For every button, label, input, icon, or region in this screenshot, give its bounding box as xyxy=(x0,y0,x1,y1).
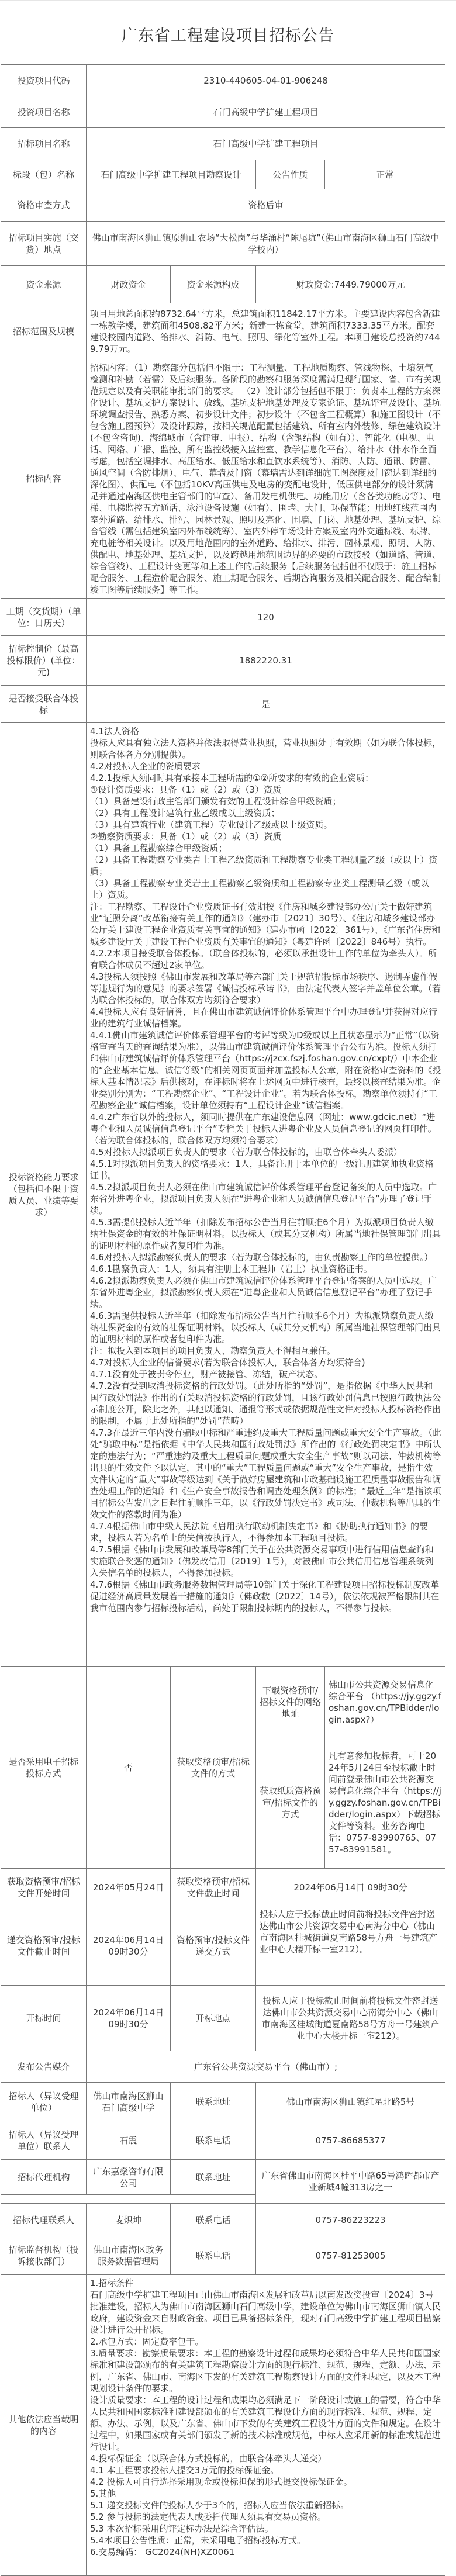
requirement-line: 4.7.6根据《佛山市政务服务数据管理局等10部门关于深化工程建设项目招标投标制… xyxy=(90,1579,441,1614)
other-line: 2.承包方式：固定费率包干。 xyxy=(90,2336,441,2347)
scope-value: 项目用地总面积约8732.64平方米，总建筑面积11842.17平方米。主要建设… xyxy=(87,303,445,359)
requirement-line: 4.4投标人应有良好信誉，且在佛山市建筑诚信评价体系管理平台中办理登记并获得对应… xyxy=(90,1006,441,1029)
requirement-line: （1）具备工程勘察综合甲级资质； xyxy=(90,842,441,854)
funding-composition-value: 财政资金:7449.79000万元 xyxy=(256,266,445,303)
agency-contact-value: 麦炽坤 xyxy=(87,2204,171,2236)
row-tenderer: 招标人（异议受理单位） 佛山市南海区狮山石门高级中学 联系地址 佛山市南海区狮山… xyxy=(1,2083,445,2121)
agency-contact-label: 招标代理联系人 xyxy=(1,2204,87,2236)
submission-deadline-label: 递交资格预审/投标文件截止时间 xyxy=(1,1906,87,1986)
row-electronic: 是否采用电子招标投标方式 否 获取资格预审/招标文件的方式 下载资格预审/招标文… xyxy=(1,1667,445,1737)
requirement-line: 投标人应具有独立法人资格并依法取得营业执照，营业执照处于有效期（如为联合体投标，… xyxy=(90,737,441,760)
tenderer-label: 招标人（异议受理单位） xyxy=(1,2083,87,2121)
doc-end-value: 2024年06月14日 09时30分 xyxy=(256,1869,445,1906)
row-content: 招标内容 招标内容：（1）勘察部分包括但不限于：工程测量、工程地质勘察、管线物探… xyxy=(1,359,445,599)
requirement-line: ②勘察资质要求：具备（1）或（2）或（3）资质 xyxy=(90,831,441,842)
requirement-line: 4.6.3需提供投标人近半年（扣除发布招标公告当月往前顺推6个月）为拟派勘察负责… xyxy=(90,1310,441,1345)
requirements-label: 投标资格能力要求（包括但不限于资质人员、业绩等要求） xyxy=(1,723,87,1667)
tenderer-contact-value: 石震 xyxy=(87,2121,171,2160)
row-funding: 资金来源 财政资金 资金来源构成 财政资金:7449.79000万元 xyxy=(1,266,445,303)
electronic-label: 是否采用电子招标投标方式 xyxy=(1,1667,87,1869)
other-line: 4.投标保证金（以联合体方式投标的，由联合体牵头人递交） xyxy=(90,2453,441,2464)
row-consortium: 是否接受联合体投标 是 xyxy=(1,686,445,723)
requirement-line: 4.2.2本项目接受联合体投标。（联合体投标的，必须以承担设计工作的单位为牵头人… xyxy=(90,948,441,971)
requirement-line: 4.5.2拟派项目负责人必须在佛山市建筑诚信评价体系管理平台登记备案的人员中选取… xyxy=(90,1181,441,1216)
notice-nature-value: 正常 xyxy=(325,160,445,189)
requirements-value: 4.1法人资格 投标人应具有独立法人资格并依法取得营业执照，营业执照处于有效期（… xyxy=(87,723,445,1667)
control-price-value: 1882220.31 xyxy=(87,636,445,686)
requirement-line: 4.6.2拟派勘察负责人必须在佛山市建筑诚信评价体系管理平台登记备案的人员中选取… xyxy=(90,1275,441,1310)
requirement-line: 4.1法人资格 xyxy=(90,725,441,737)
row-scope: 招标范围及规模 项目用地总面积约8732.64平方米，总建筑面积11842.17… xyxy=(1,303,445,359)
paper-doc-value: 凡有意参加投标者，可于2024年5月24日至投标截止时间前登录佛山市公共资源交易… xyxy=(325,1737,445,1869)
other-line: 4.1 本工程要求投标人提交3万元的投标保证金。 xyxy=(90,2464,441,2476)
tenderer-value: 佛山市南海区狮山石门高级中学 xyxy=(87,2083,171,2121)
row-agency: 招标代理机构 广东嘉燊咨询有限公司 联系地址 广东省佛山市南海区桂平中路65号鸿… xyxy=(1,2160,445,2195)
spacer-cell xyxy=(1,2195,256,2204)
opening-time-value: 2024年06月14日 09时30分 xyxy=(87,1986,171,2051)
download-label: 下载资格预审/招标文件的网络地址 xyxy=(256,1667,325,1737)
row-opening: 开标时间 2024年06月14日 09时30分 开标地点 投标人应于投标截止时间… xyxy=(1,1986,445,2051)
qualification-review-value: 资格后审 xyxy=(87,189,445,222)
doc-start-value: 2024年05月24日 xyxy=(87,1869,171,1906)
submission-method-value: 投标人应于投标截止时间前将投标文件密封送达佛山市公共资源交易中心南海分中心（佛山… xyxy=(256,1906,445,1986)
requirement-line: （3）具有建筑行业（建筑工程）专业设计乙级或以上级资质。 xyxy=(90,819,441,831)
submission-method-label: 资格预审/投标文件递交方式 xyxy=(171,1906,256,1986)
requirement-line: （3）具备工程勘察专业类岩土工程勘察乙级资质和工程勘察专业类工程测量乙级（或以上… xyxy=(90,877,441,901)
row-tender-project-name: 招标项目名称 石门高级中学扩建工程项目 xyxy=(1,128,445,160)
requirement-line: 4.7.5根据《佛山市发展和改革局等8部门关于在公共资源交易事项中进行信用信息查… xyxy=(90,1544,441,1579)
tenderer-phone-label: 联系电话 xyxy=(171,2121,256,2160)
other-line: 5.2 参与投标的法定代表人或委托代理人须具有交易员资格。 xyxy=(90,2511,441,2523)
opening-place-label: 开标地点 xyxy=(171,1986,256,2051)
agency-value: 广东嘉燊咨询有限公司 xyxy=(87,2160,171,2195)
tenderer-contact-label: 招标人（异议受理单位）联系人 xyxy=(1,2121,87,2160)
row-section-name: 标段（包）名称 石门高级中学扩建工程项目勘察设计 公告性质 正常 xyxy=(1,160,445,189)
agency-phone-label: 联系电话 xyxy=(171,2204,256,2236)
page-title: 广东省工程建设项目招标公告 xyxy=(0,1,456,64)
other-line: 设计质量要求：本工程的设计过程和成果均必须满足下一阶段设计或施工的需要，符合中华… xyxy=(90,2394,441,2453)
funding-composition-label: 资金来源构成 xyxy=(171,266,256,303)
row-submission: 递交资格预审/投标文件截止时间 2024年06月14日 09时30分 资格预审/… xyxy=(1,1906,445,1986)
project-code-label: 投资项目代码 xyxy=(1,65,87,96)
requirement-line: ①设计资质要求：具备（1）或（2）或（3）资质 xyxy=(90,784,441,796)
requirement-line: 4.4.2广东省以外的投标人，须同时提供在广东建设信息网（网址：www.gdci… xyxy=(90,1111,441,1146)
submission-deadline-value: 2024年06月14日 09时30分 xyxy=(87,1906,171,1986)
row-other: 其他依法应当载明的内容 1.招标条件 石门高级中学扩建工程项目已由佛山市南海区发… xyxy=(1,2275,445,2576)
supervisor-phone-label: 联系电话 xyxy=(171,2236,256,2275)
funding-label: 资金来源 xyxy=(1,266,87,303)
other-line: 石门高级中学扩建工程项目已由佛山市南海区发展和改革局以南发改资投审〔2024〕3… xyxy=(90,2289,441,2336)
other-label: 其他依法应当载明的内容 xyxy=(1,2275,87,2576)
row-duration: 工期（交货期）（单位：日历天） 120 xyxy=(1,599,445,636)
supervisor-phone-value: 0757-81253005 xyxy=(256,2236,445,2275)
other-line: 4.2 投标人可自行选择采用现金或投标担保的形式提交投标保证金。 xyxy=(90,2476,441,2488)
requirement-line: （1）具备建设行政主管部门颁发有效的工程设计综合甲级资质； xyxy=(90,796,441,807)
row-control-price: 招标控制价（最高投标限价）(单位：元) 1882220.31 xyxy=(1,636,445,686)
requirement-line: 4.7.4根据佛山市中级人民法院《启用执行联动机制决定书》和《协助执行通知书》的… xyxy=(90,1520,441,1544)
other-line: 6.交易编码： GC2024(NH)XZ0061 xyxy=(90,2546,441,2558)
requirement-line: 4.5.1对拟派项目负责人的资格要求：1人，具备注册于本单位的一级注册建筑师执业… xyxy=(90,1158,441,1181)
content-value: 招标内容：（1）勘察部分包括但不限于：工程测量、工程地质勘察、管线物探、土壤氡气… xyxy=(87,359,445,599)
other-line: 1.招标条件 xyxy=(90,2277,441,2289)
funding-value: 财政资金 xyxy=(87,266,171,303)
duration-label: 工期（交货期）（单位：日历天） xyxy=(1,599,87,636)
requirement-line: 4.7.1没有处于被责令停业，财产被接管、冻结，破产状态。 xyxy=(90,1368,441,1380)
section-name-label: 标段（包）名称 xyxy=(1,160,87,189)
qualification-review-label: 资格审查方式 xyxy=(1,189,87,222)
agency-label: 招标代理机构 xyxy=(1,2160,87,2195)
row-project-code: 投资项目代码 2310-440605-04-01-906248 xyxy=(1,65,445,96)
opening-time-label: 开标时间 xyxy=(1,1986,87,2051)
media-label: 发布公告媒介 xyxy=(1,2051,87,2083)
opening-place-value: 投标人应于投标截止时间前将投标文件密封送达佛山市公共资源交易中心南海分中心（佛山… xyxy=(256,1986,445,2051)
doc-method-label: 获取资格预审/招标文件的方式 xyxy=(171,1667,256,1869)
electronic-value: 否 xyxy=(87,1667,171,1869)
row-tenderer-contact: 招标人（异议受理单位）联系人 石震 联系电话 0757-86685377 xyxy=(1,2121,445,2160)
other-line: 3.质量要求：勘察质量要求：本工程的勘察设计过程和成果均必须符合中华人民共和国国… xyxy=(90,2347,441,2394)
agency-phone-value: 0757-86223223 xyxy=(256,2204,445,2236)
control-price-label: 招标控制价（最高投标限价）(单位：元) xyxy=(1,636,87,686)
doc-end-label: 获取资格预审/招标文件截止时间 xyxy=(171,1869,256,1906)
requirement-line: 4.4.1佛山市建筑诚信评价体系管理平台的考评等级为D级或以上且状态显示为“正常… xyxy=(90,1029,441,1111)
consortium-value: 是 xyxy=(87,686,445,723)
tender-project-name-value: 石门高级中学扩建工程项目 xyxy=(87,128,445,160)
location-label: 招标项目实施（交货）地点 xyxy=(1,222,87,266)
requirement-line: （2）具有工程设计建筑行业乙级或以上级资质； xyxy=(90,807,441,819)
requirement-line: 4.2.1投标人须同时具有承接本工程所需的①②所要求的有效的企业资质： xyxy=(90,772,441,784)
row-location: 招标项目实施（交货）地点 佛山市南海区狮山镇原狮山农场“大松岗”与华涌村“陈尾坑… xyxy=(1,222,445,266)
scope-label: 招标范围及规模 xyxy=(1,303,87,359)
other-line: 5.其他 xyxy=(90,2488,441,2499)
doc-start-label: 获取资格预审/招标文件开始时间 xyxy=(1,1869,87,1906)
tenderer-address-label: 联系地址 xyxy=(171,2083,256,2121)
tenderer-phone-value: 0757-86685377 xyxy=(256,2121,445,2160)
media-value: 广东省公共资源交易平台（佛山市）; xyxy=(87,2051,445,2083)
notice-table: 投资项目代码 2310-440605-04-01-906248 投资项目名称 石… xyxy=(1,64,445,2576)
supervisor-label: 招标监督机构（投诉接收部门） xyxy=(1,2236,87,2275)
row-agency-contact: 招标代理联系人 麦炽坤 联系电话 0757-86223223 xyxy=(1,2204,445,2236)
tender-project-name-label: 招标项目名称 xyxy=(1,128,87,160)
agency-address-value: 广东省佛山市南海区桂平中路65号鸿晖都市产业新城4幢313房之一 xyxy=(256,2160,445,2204)
duration-value: 120 xyxy=(87,599,445,636)
requirement-line: 4.5.3需提供投标人近半年（扣除发布招标公告当月往前顺推6个月）为拟派项目负责… xyxy=(90,1216,441,1251)
location-value: 佛山市南海区狮山镇原狮山农场“大松岗”与华涌村“陈尾坑”（佛山市南海区狮山石门高… xyxy=(87,222,445,266)
requirement-line: 4.5对投标人拟派项目负责人的要求（若为联合体投标的，由联合体牵头人委派） xyxy=(90,1146,441,1158)
requirement-line: （2）具备工程勘察专业类岩土工程乙级资质和工程勘察专业类工程测量乙级（或以上）资… xyxy=(90,854,441,877)
requirement-line: 4.6.1勘察负责人：1人，须具有注册土木工程师（岩土）执业资格证书。 xyxy=(90,1263,441,1275)
notice-nature-label: 公告性质 xyxy=(256,160,325,189)
download-address[interactable]: 佛山市公共资源交易信息化综合平台 （https://jy.ggzy.foshan… xyxy=(325,1667,445,1737)
consortium-label: 是否接受联合体投标 xyxy=(1,686,87,723)
row-qualification-review: 资格审查方式 资格后审 xyxy=(1,189,445,222)
requirement-line: 注：工程勘察、工程设计企业资质证书有效期按《住房和城乡建设部办公厅关于做好建筑业… xyxy=(90,901,441,948)
supervisor-value: 佛山市南海区政务服务数据管理局 xyxy=(87,2236,171,2275)
requirement-line: 4.2对投标人企业的资质要求 xyxy=(90,760,441,772)
row-doc-time: 获取资格预审/招标文件开始时间 2024年05月24日 获取资格预审/招标文件截… xyxy=(1,1869,445,1906)
requirement-line: 4.7.2没有受到取消投标资格的行政处罚。（此处所指的“处罚”，是指依据《中华人… xyxy=(90,1380,441,1427)
row-requirements: 投标资格能力要求（包括但不限于资质人员、业绩等要求） 4.1法人资格 投标人应具… xyxy=(1,723,445,1667)
paper-doc-label: 获取纸质资格预审/招标文件的方式 xyxy=(256,1737,325,1869)
row-project-name: 投资项目名称 石门高级中学扩建工程项目 xyxy=(1,96,445,128)
section-name-value: 石门高级中学扩建工程项目勘察设计 xyxy=(87,160,256,189)
other-line: 5.4本项目公告性质：正常，未采用电子招标投标方式。 xyxy=(90,2534,441,2546)
agency-address-label: 联系地址 xyxy=(171,2160,256,2195)
requirement-line: 注：拟投入到本项目的项目负责人、勘察负责人不得相互兼任。 xyxy=(90,1345,441,1357)
row-supervisor: 招标监督机构（投诉接收部门） 佛山市南海区政务服务数据管理局 联系电话 0757… xyxy=(1,2236,445,2275)
project-name-label: 投资项目名称 xyxy=(1,96,87,128)
content-label: 招标内容 xyxy=(1,359,87,599)
tenderer-address-value: 佛山市南海区狮山镇红星北路5号 xyxy=(256,2083,445,2121)
row-media: 发布公告媒介 广东省公共资源交易平台（佛山市）; xyxy=(1,2051,445,2083)
requirement-line: 4.3投标人须按照《佛山市发展和改革局等六部门关于规范招投标市场秩序、遏制弄虚作… xyxy=(90,971,441,1006)
requirement-line: 4.6对投标人拟派勘察负责人的要求（若为联合体投标的，由负责勘察工作的单位提供。… xyxy=(90,1251,441,1263)
project-name-value: 石门高级中学扩建工程项目 xyxy=(87,96,445,128)
other-line: 5.3 本次招标采用的评定标办法是综合评估法。 xyxy=(90,2523,441,2534)
other-value: 1.招标条件 石门高级中学扩建工程项目已由佛山市南海区发展和改革局以南发改资投审… xyxy=(87,2275,445,2576)
other-line: 5.1 递交投标文件的投标人少于3个的，招标人应当依法重新招标。 xyxy=(90,2499,441,2511)
requirement-line: 4.7.3在最近三年内没有骗取中标和严重违约及重大工程质量问题或重大安全生产事故… xyxy=(90,1427,441,1520)
requirement-line: 4.7对投标人企业的信誉要求(若为联合体投标人，联合体各方均须符合) xyxy=(90,1357,441,1368)
project-code-value: 2310-440605-04-01-906248 xyxy=(87,65,445,96)
